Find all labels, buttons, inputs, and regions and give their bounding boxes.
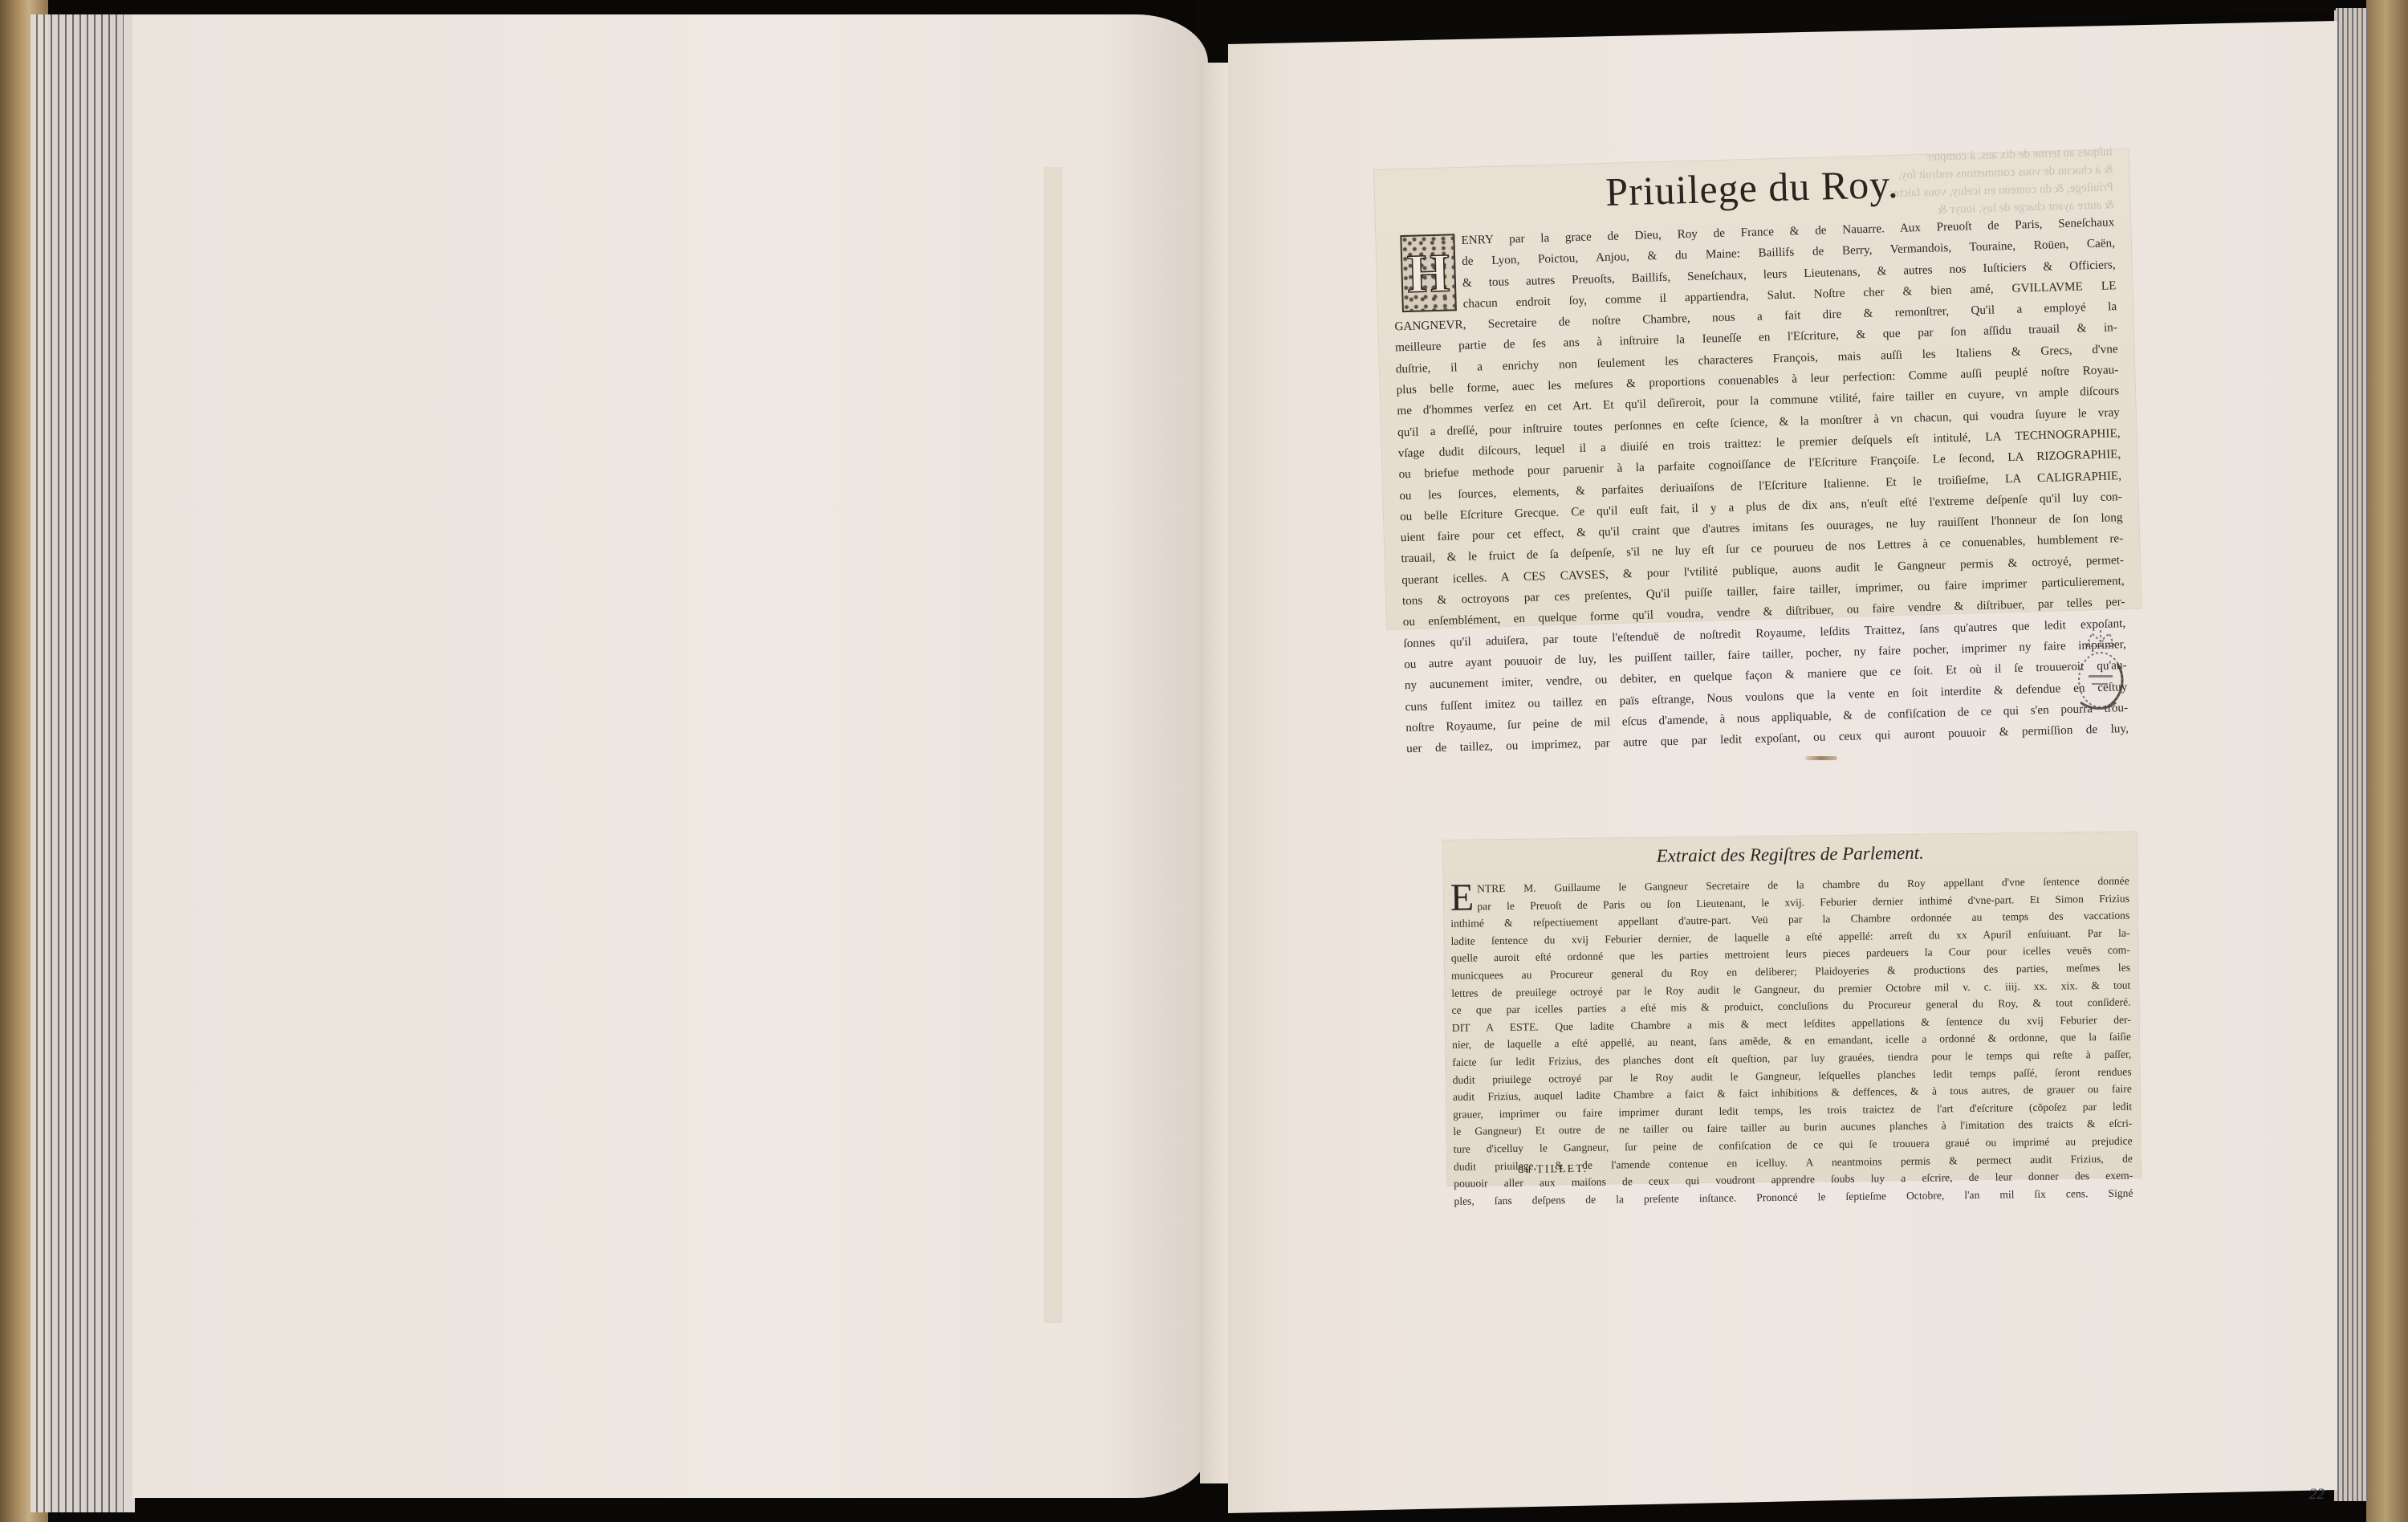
extrait-body: E NTRE M. Guillaume le Gangneur Secretai… [1450, 873, 2133, 1211]
drop-initial: E [1450, 882, 1474, 914]
ornamental-initial: H [1400, 234, 1457, 312]
privilege-slip: iuſques au terme de dix ans, à compter& … [1374, 149, 2142, 629]
left-page [132, 14, 1208, 1498]
library-stamp-icon [2069, 629, 2132, 717]
book-binding-right [2366, 0, 2408, 1522]
page-edges-right [2334, 8, 2368, 1501]
page-edges-left [31, 14, 135, 1512]
extrait-signature: du TILLET. [1518, 1163, 1588, 1177]
extrait-slip: Extraict des Regiſtres de Parlement. E N… [1443, 832, 2141, 1186]
privilege-body: H ENRY par la grace de Dieu, Roy de Fran… [1392, 212, 2129, 759]
pin-mark [1805, 756, 1837, 760]
extrait-title: Extraict des Regiſtres de Parlement. [1443, 840, 2137, 869]
page-stain [1043, 167, 1063, 1323]
folio-number: 22 [2309, 1486, 2325, 1504]
initial-letter: H [1401, 235, 1455, 311]
